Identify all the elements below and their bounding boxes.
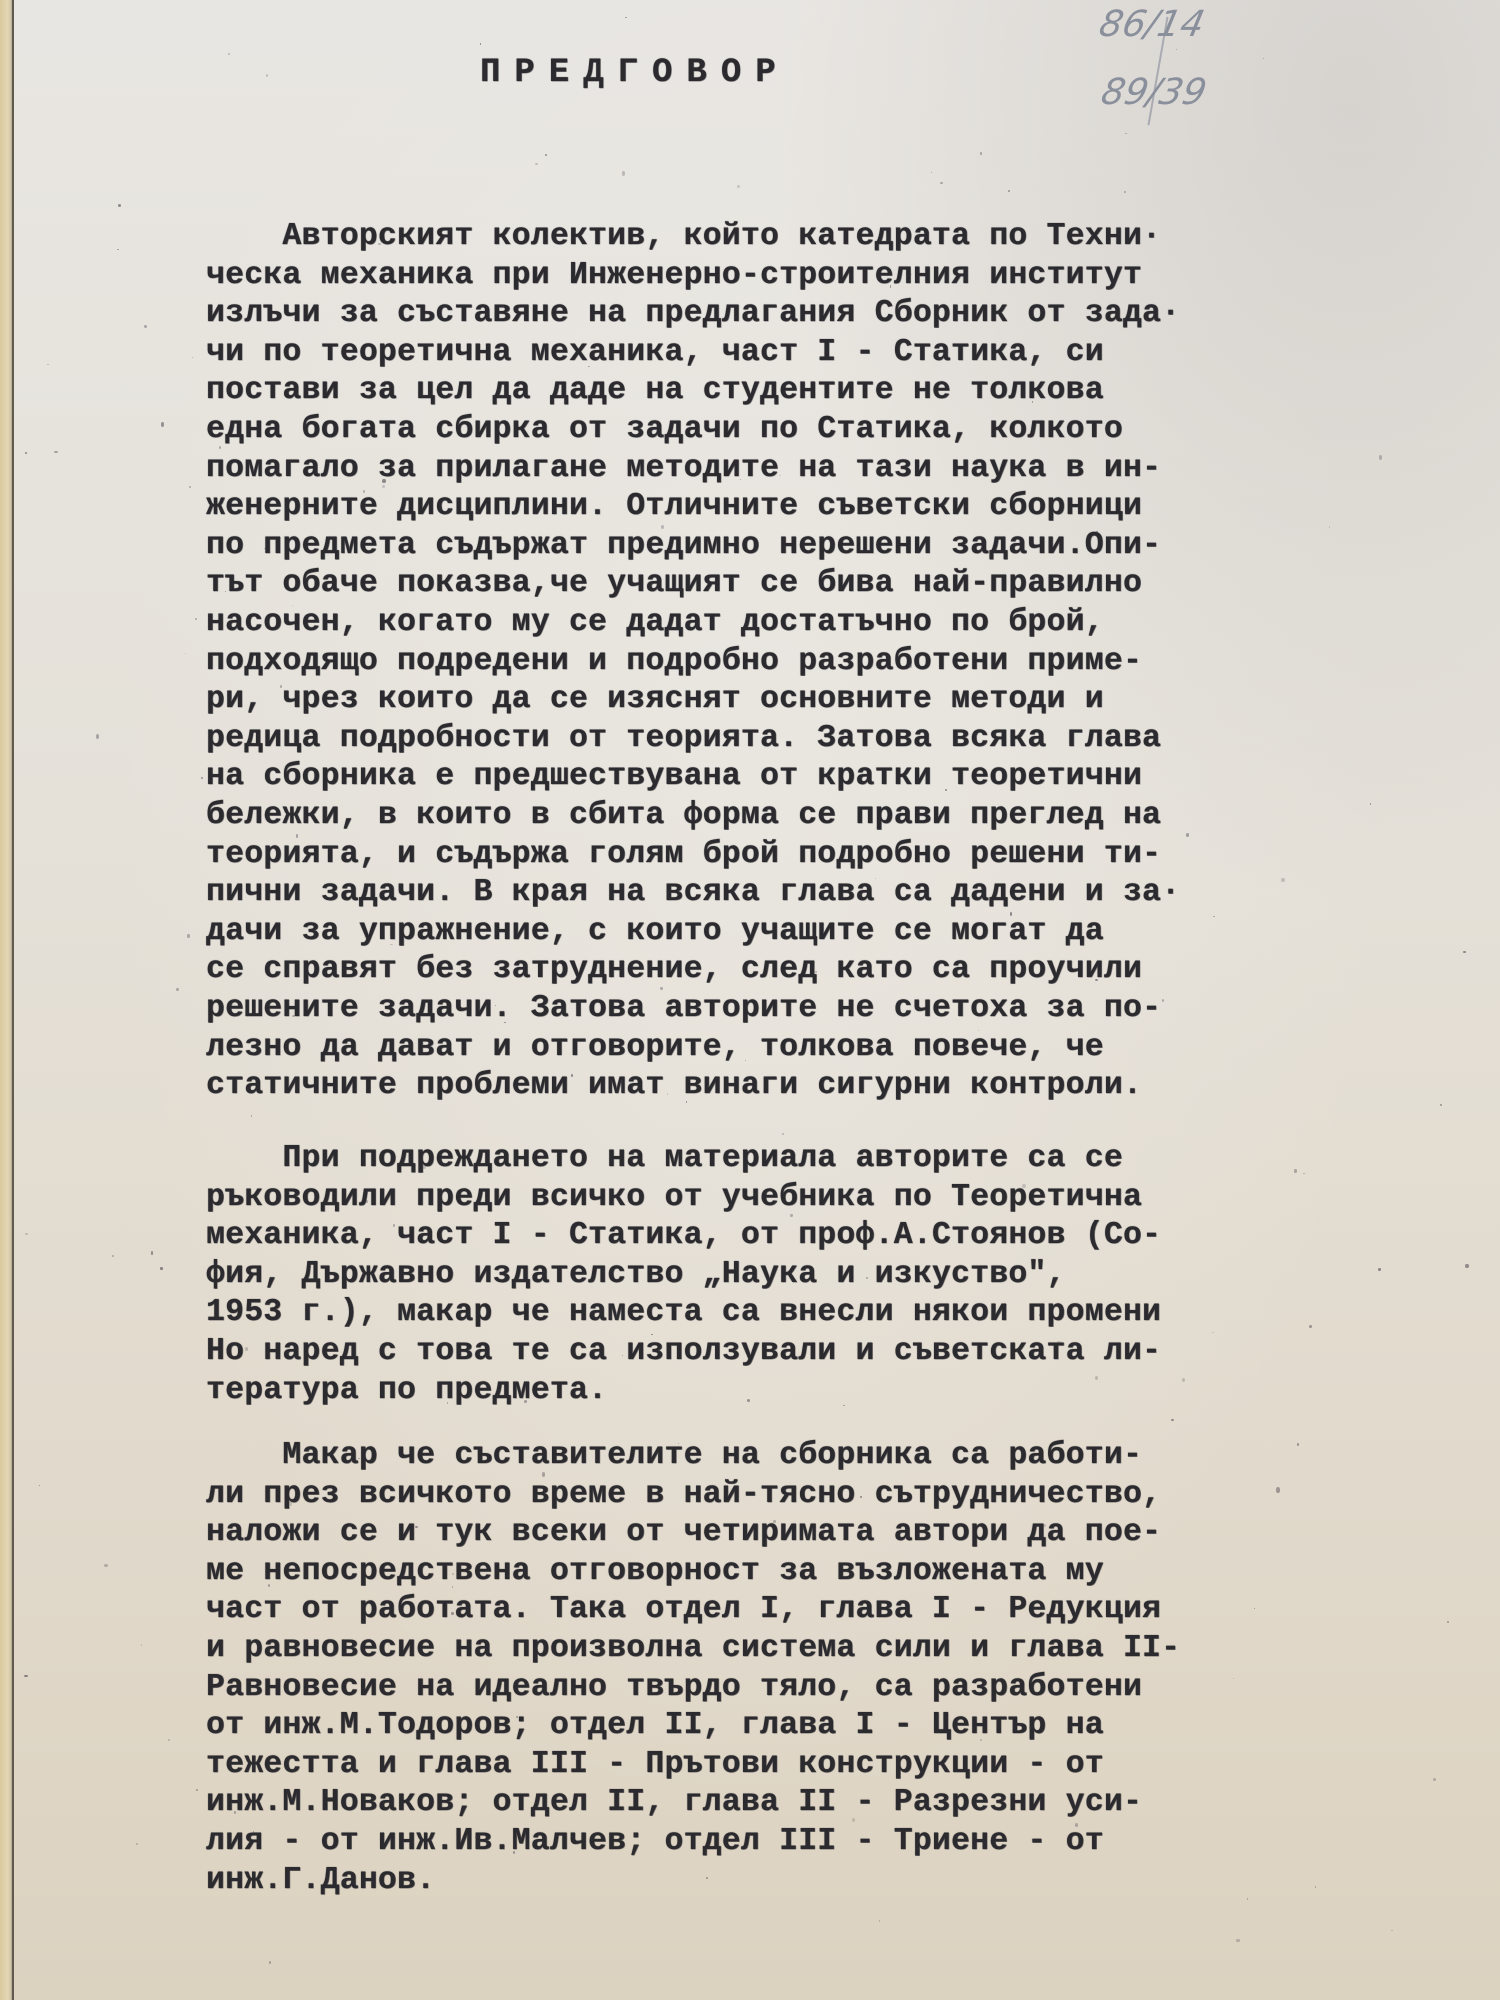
speck bbox=[524, 1400, 527, 1402]
text-line: чи по теоретична механика, част I - Стат… bbox=[206, 334, 1104, 372]
text-line: тът обаче показва,че учащият се бива най… bbox=[206, 565, 1142, 603]
speck bbox=[112, 1255, 114, 1257]
speck bbox=[393, 1224, 395, 1226]
text-line: Но наред с това те са използували и съве… bbox=[206, 1333, 1161, 1371]
text-line: излъчи за съставяне на предлагания Сборн… bbox=[206, 295, 1180, 333]
speck bbox=[1182, 1378, 1185, 1382]
speck bbox=[1095, 979, 1098, 981]
text-line: насочен, когато му се дадат достатъчно п… bbox=[206, 604, 1104, 642]
speck bbox=[625, 17, 626, 18]
text-line: Авторският колектив, който катедрата по … bbox=[206, 218, 1161, 256]
speck bbox=[24, 1675, 27, 1677]
speck bbox=[815, 971, 817, 973]
speck bbox=[1329, 526, 1330, 528]
speck bbox=[47, 364, 50, 366]
speck bbox=[1095, 1376, 1098, 1380]
text-line: ръководили преди всичко от учебника по Т… bbox=[206, 1179, 1142, 1217]
speck bbox=[392, 886, 394, 889]
speck bbox=[480, 43, 482, 45]
text-line: на сборника е предшествувана от кратки т… bbox=[206, 758, 1142, 796]
text-line: Равновесие на идеално твърдо тяло, са ра… bbox=[206, 1669, 1142, 1707]
speck bbox=[747, 1399, 750, 1402]
speck bbox=[1391, 1930, 1392, 1931]
speck bbox=[535, 163, 538, 165]
speck bbox=[1176, 49, 1177, 50]
speck bbox=[1236, 1939, 1239, 1941]
speck bbox=[1281, 878, 1284, 881]
speck bbox=[25, 452, 27, 454]
speck bbox=[234, 1811, 236, 1814]
speck bbox=[706, 1877, 708, 1879]
text-line: тература по предмета. bbox=[206, 1372, 607, 1410]
text-line: помагало за прилагане методите на тази н… bbox=[206, 450, 1161, 488]
text-line: и равновесие на произволна система сили … bbox=[206, 1630, 1180, 1668]
speck bbox=[1465, 1264, 1468, 1268]
speck bbox=[415, 1526, 418, 1528]
speck bbox=[1370, 803, 1371, 805]
speck bbox=[1233, 1678, 1234, 1679]
speck bbox=[1309, 1325, 1312, 1328]
speck bbox=[195, 618, 197, 620]
speck bbox=[269, 1961, 272, 1963]
speck bbox=[1010, 912, 1012, 915]
speck bbox=[1162, 999, 1164, 1002]
text-line: ме непосредствена отговорност за възложе… bbox=[206, 1553, 1104, 1591]
text-line: от инж.М.Тодоров; отдел II, глава I - Це… bbox=[206, 1707, 1104, 1745]
speck bbox=[1213, 916, 1215, 918]
speck bbox=[117, 249, 119, 251]
speck bbox=[161, 422, 164, 426]
text-line: Макар че съставителите на сборника са ра… bbox=[206, 1437, 1142, 1475]
speck bbox=[25, 1233, 27, 1235]
speck bbox=[660, 987, 663, 990]
speck bbox=[1124, 191, 1126, 194]
speck bbox=[542, 1472, 545, 1476]
speck bbox=[495, 1005, 496, 1006]
speck bbox=[782, 1133, 784, 1134]
speck bbox=[667, 1093, 668, 1094]
speck bbox=[54, 451, 57, 453]
speck bbox=[141, 1644, 142, 1646]
speck bbox=[290, 1501, 293, 1505]
speck bbox=[201, 777, 203, 780]
speck bbox=[358, 1458, 360, 1460]
speck bbox=[1247, 1898, 1248, 1899]
text-line: лия - от инж.Ив.Малчев; отдел III - Трие… bbox=[206, 1823, 1104, 1861]
speck bbox=[572, 1836, 573, 1837]
speck bbox=[737, 185, 739, 188]
text-line: тежестта и глава III - Прътови конструкц… bbox=[206, 1746, 1104, 1784]
text-line: механика, част I - Статика, от проф.А.Ст… bbox=[206, 1217, 1161, 1255]
text-line: 1953 г.), макар че наместа са внесли няк… bbox=[206, 1294, 1161, 1332]
text-line: бележки, в които в сбита форма се прави … bbox=[206, 797, 1161, 835]
speck bbox=[192, 357, 194, 358]
speck bbox=[940, 182, 942, 184]
speck bbox=[118, 204, 121, 207]
speck bbox=[475, 1836, 477, 1838]
page-title: ПРЕДГОВОР bbox=[480, 54, 790, 92]
speck bbox=[1379, 455, 1382, 460]
speck bbox=[622, 1355, 623, 1356]
text-line: редица подробности от теорията. Затова в… bbox=[206, 720, 1161, 758]
text-line: по предмета съдържат предимно нерешени з… bbox=[206, 527, 1161, 565]
speck bbox=[1433, 1778, 1435, 1781]
speck bbox=[176, 988, 178, 991]
text-line: ли през всичкото време в най-тясно сътру… bbox=[206, 1476, 1161, 1514]
scanned-page: 86/14 89/39 ПРЕДГОВОР Авторският колекти… bbox=[0, 0, 1500, 2000]
speck bbox=[1212, 1332, 1213, 1333]
speck bbox=[1463, 951, 1466, 953]
speck bbox=[1022, 1184, 1025, 1188]
speck bbox=[378, 243, 381, 245]
speck bbox=[185, 653, 186, 654]
speck bbox=[39, 1485, 40, 1486]
text-line: постави за цел да даде на студентите не … bbox=[206, 372, 1104, 410]
speck bbox=[909, 274, 912, 276]
speck bbox=[144, 325, 147, 329]
speck bbox=[136, 1843, 138, 1845]
text-line: статичните проблеми имат винаги сигурни … bbox=[206, 1067, 1142, 1105]
speck bbox=[1294, 1169, 1297, 1173]
speck bbox=[382, 479, 385, 483]
text-line: лезно да дават и отговорите, толкова пов… bbox=[206, 1029, 1104, 1067]
speck bbox=[160, 1267, 163, 1269]
speck bbox=[1075, 1823, 1078, 1827]
speck bbox=[1440, 1104, 1442, 1105]
speck bbox=[1297, 1443, 1300, 1446]
text-line: решените задачи. Затова авторите не счет… bbox=[206, 990, 1161, 1028]
speck bbox=[622, 171, 625, 176]
speck bbox=[1008, 190, 1010, 192]
speck bbox=[266, 74, 268, 76]
speck bbox=[945, 789, 947, 791]
speck bbox=[168, 1739, 170, 1741]
pencil-annotation-top: 86/14 bbox=[1096, 4, 1208, 45]
text-line: теорията, и съдържа голям брой подробно … bbox=[206, 836, 1161, 874]
speck bbox=[1029, 1726, 1031, 1729]
speck bbox=[251, 1115, 253, 1117]
speck bbox=[696, 312, 698, 314]
speck bbox=[151, 1251, 154, 1255]
speck bbox=[1303, 1173, 1305, 1175]
speck bbox=[1254, 1608, 1255, 1609]
text-line: инж.Г.Данов. bbox=[206, 1862, 435, 1900]
text-line: пични задачи. В края на всяка глава са д… bbox=[206, 874, 1180, 912]
binding-line bbox=[12, 0, 14, 2000]
speck bbox=[1276, 1487, 1279, 1492]
speck bbox=[980, 152, 982, 154]
text-line: част от работата. Така отдел I, глава I … bbox=[206, 1591, 1161, 1629]
speck bbox=[1186, 833, 1189, 836]
text-line: ческа механика при Инженерно-строителния… bbox=[206, 257, 1142, 295]
text-line: дачи за упражнение, с които учащите се м… bbox=[206, 913, 1104, 951]
speck bbox=[773, 1520, 776, 1524]
speck bbox=[228, 53, 230, 55]
speck bbox=[96, 734, 99, 738]
speck bbox=[843, 1405, 845, 1406]
speck bbox=[1378, 1268, 1381, 1270]
speck bbox=[1315, 1886, 1317, 1888]
speck bbox=[1263, 58, 1264, 60]
speck bbox=[866, 1277, 868, 1278]
text-line: ри, чрез които да се изяснят основните м… bbox=[206, 681, 1104, 719]
speck bbox=[980, 1739, 982, 1741]
speck bbox=[1171, 1419, 1174, 1421]
speck bbox=[187, 934, 190, 939]
speck bbox=[931, 172, 932, 173]
speck bbox=[189, 486, 191, 489]
text-line: наложи се и тук всеки от четиримата авто… bbox=[206, 1514, 1161, 1552]
speck bbox=[879, 1920, 880, 1922]
speck bbox=[452, 1573, 454, 1575]
speck bbox=[493, 711, 495, 712]
speck bbox=[1039, 1314, 1040, 1316]
text-line: женерните дисциплини. Отличните съветски… bbox=[206, 488, 1142, 526]
speck bbox=[1125, 133, 1126, 134]
speck bbox=[545, 154, 548, 156]
text-line: се справят без затруднение, след като са… bbox=[206, 951, 1142, 989]
speck bbox=[104, 1564, 107, 1567]
text-line: фия, Държавно издателство „Наука и изкус… bbox=[206, 1256, 1066, 1294]
speck bbox=[1447, 1621, 1449, 1623]
text-line: При подреждането на материала авторите с… bbox=[206, 1140, 1123, 1178]
text-line: една богата сбирка от задачи по Статика,… bbox=[206, 411, 1123, 449]
pencil-annotation-bottom: 89/39 bbox=[1098, 72, 1210, 113]
text-line: инж.М.Новаков; отдел II, глава II - Разр… bbox=[206, 1784, 1142, 1822]
text-line: подходящо подредени и подробно разработе… bbox=[206, 643, 1142, 681]
speck bbox=[196, 1789, 198, 1791]
